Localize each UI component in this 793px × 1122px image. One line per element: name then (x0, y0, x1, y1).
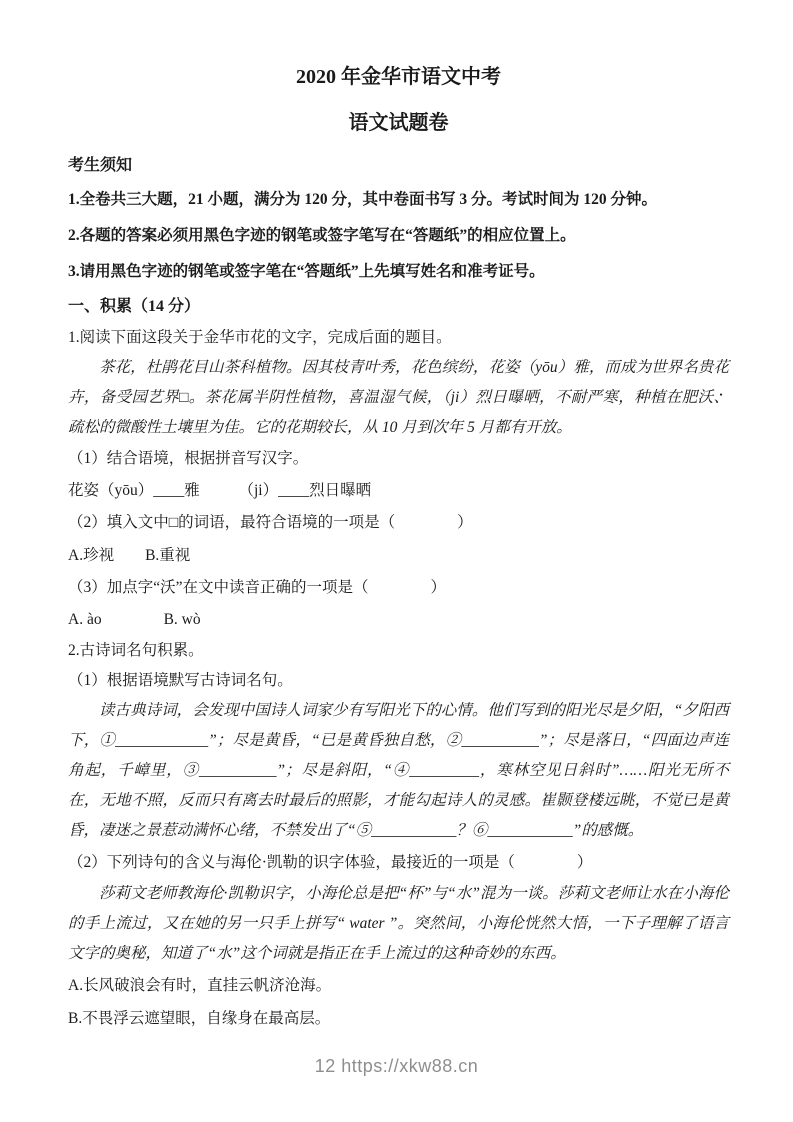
document-page: 2020 年金华市语文中考 语文试题卷 考生须知 1.全卷共三大题，21 小题，… (0, 0, 793, 1122)
question-1-3-label: （3）加点字“沃”在文中读音正确的一项是（ ） (68, 572, 729, 604)
question-2-helen-passage: 莎莉文老师教海伦·凯勒识字，小海伦总是把“杯”与“水”混为一谈。莎莉文老师让水在… (68, 879, 729, 969)
notice-item-1: 1.全卷共三大题，21 小题，满分为 120 分，其中卷面书写 3 分。考试时间… (68, 182, 729, 218)
notice-heading: 考生须知 (68, 150, 729, 182)
question-1-intro: 1.阅读下面这段关于金华市花的文字，完成后面的题目。 (68, 323, 729, 353)
document-content: 2020 年金华市语文中考 语文试题卷 考生须知 1.全卷共三大题，21 小题，… (68, 62, 729, 1035)
notice-item-2: 2.各题的答案必须用黑色字迹的钢笔或签字笔写在“答题纸”的相应位置上。 (68, 218, 729, 254)
question-2-2-label: （2）下列诗句的含义与海伦·凯勒的识字体验，最接近的一项是（ ） (68, 846, 729, 879)
question-2-option-b: B.不畏浮云遮望眼，自缘身在最高层。 (68, 1002, 729, 1035)
exam-subtitle: 语文试题卷 (68, 108, 729, 138)
passage-emphasized-char: 沃 (698, 389, 714, 406)
question-2-intro: 2.古诗词名句积累。 (68, 636, 729, 666)
question-2-option-a: A.长风破浪会有时，直挂云帆济沧海。 (68, 969, 729, 1002)
question-2-poem-passage: 读古典诗词，会发现中国诗人词家少有写阳光下的心情。他们写到的阳光尽是夕阳，“夕阳… (68, 696, 729, 846)
question-1-3-options: A. ào B. wò (68, 604, 729, 636)
question-1-2-label: （2）填入文中□的词语，最符合语境的一项是（ ） (68, 507, 729, 539)
section-heading-accumulation: 一、积累（14 分） (68, 290, 729, 323)
exam-title: 2020 年金华市语文中考 (68, 62, 729, 92)
notice-item-3: 3.请用黑色字迹的钢笔或签字笔在“答题纸”上先填写姓名和准考证号。 (68, 254, 729, 290)
question-1-1-blanks: 花姿（yōu）____雅 （ji）____烈日曝晒 (68, 475, 729, 507)
page-footer-url: 12 https://xkw88.cn (0, 1056, 793, 1077)
question-1-2-options: A.珍视 B.重视 (68, 539, 729, 572)
question-1-1-label: （1）结合语境，根据拼音写汉字。 (68, 443, 729, 475)
question-2-1-label: （1）根据语境默写古诗词名句。 (68, 666, 729, 696)
question-1-passage: 茶花，杜鹃花目山茶科植物。因其枝青叶秀，花色缤纷，花姿（yōu）雅，而成为世界名… (68, 353, 729, 443)
passage-text-before: 茶花，杜鹃花目山茶科植物。因其枝青叶秀，花色缤纷，花姿（yōu）雅，而成为世界名… (68, 359, 729, 406)
